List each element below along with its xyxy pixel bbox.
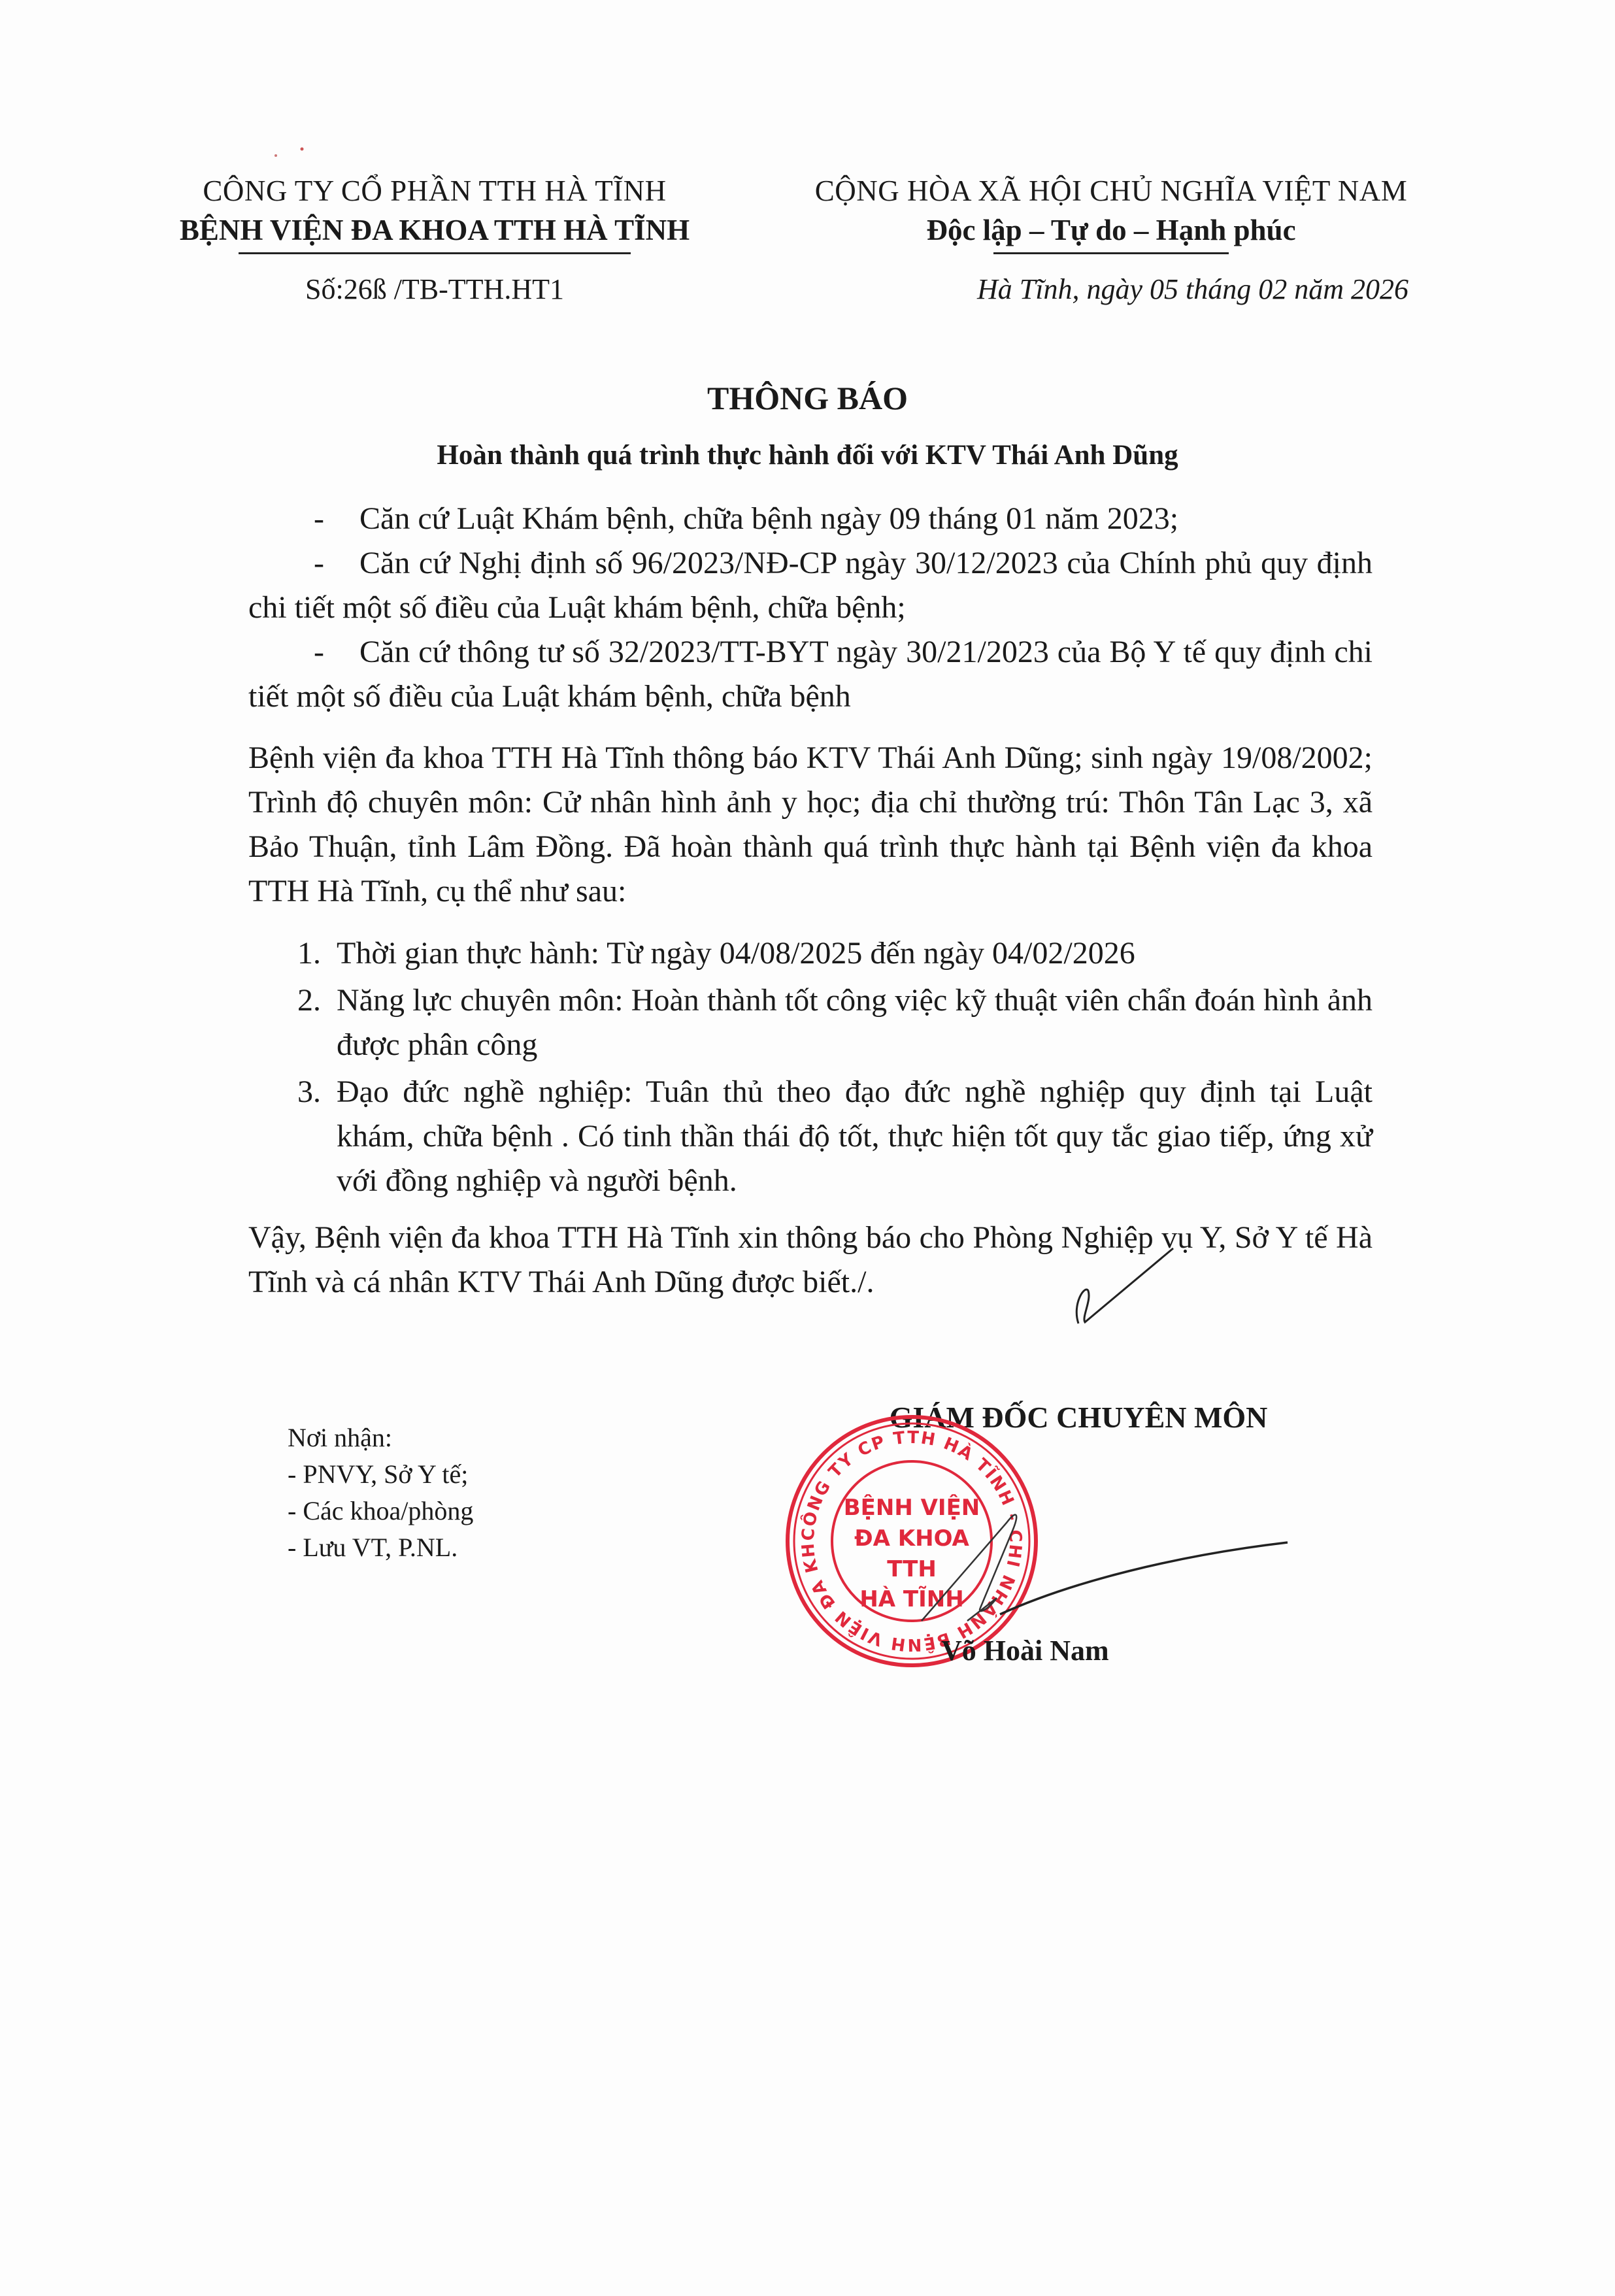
hospital-name: BỆNH VIỆN ĐA KHOA TTH HÀ TĨNH bbox=[131, 210, 739, 250]
details-list: 1.Thời gian thực hành: Từ ngày 04/08/202… bbox=[297, 931, 1373, 1206]
recipient-item: - PNVY, Sở Y tế; bbox=[288, 1456, 473, 1493]
company-name: CÔNG TY CỔ PHẦN TTH HÀ TĨNH bbox=[131, 171, 739, 210]
national-header: CỘNG HÒA XÃ HỘI CHỦ NGHĨA VIỆT NAM Độc l… bbox=[752, 171, 1471, 306]
national-motto: Độc lập – Tự do – Hạnh phúc bbox=[752, 210, 1471, 250]
detail-item: 1.Thời gian thực hành: Từ ngày 04/08/202… bbox=[297, 931, 1373, 976]
document-page: CÔNG TY CỔ PHẦN TTH HÀ TĨNH BỆNH VIỆN ĐA… bbox=[0, 0, 1615, 2296]
recipients-block: Nơi nhận: - PNVY, Sở Y tế; - Các khoa/ph… bbox=[288, 1420, 473, 1566]
document-title: THÔNG BÁO bbox=[0, 379, 1615, 417]
legal-basis-item: -Căn cứ Luật Khám bệnh, chữa bệnh ngày 0… bbox=[248, 497, 1373, 541]
handwritten-signature bbox=[902, 1484, 1294, 1640]
closing-paragraph: Vậy, Bệnh viện đa khoa TTH Hà Tĩnh xin t… bbox=[248, 1216, 1373, 1305]
detail-item: 3.Đạo đức nghề nghiệp: Tuân thủ theo đạo… bbox=[297, 1070, 1373, 1203]
legal-basis-item: -Căn cứ Nghị định số 96/2023/NĐ-CP ngày … bbox=[248, 541, 1373, 630]
signer-name: Võ Hoài Nam bbox=[941, 1634, 1109, 1667]
recipient-item: - Lưu VT, P.NL. bbox=[288, 1529, 473, 1566]
initials-paraph-icon bbox=[1065, 1245, 1183, 1330]
motto-underline bbox=[993, 252, 1229, 254]
intro-paragraph: Bệnh viện đa khoa TTH Hà Tĩnh thông báo … bbox=[248, 736, 1373, 914]
nation-name: CỘNG HÒA XÃ HỘI CHỦ NGHĨA VIỆT NAM bbox=[752, 171, 1471, 210]
legal-basis-item: -Căn cứ thông tư số 32/2023/TT-BYT ngày … bbox=[248, 630, 1373, 719]
recipients-label: Nơi nhận: bbox=[288, 1420, 473, 1456]
document-number: Số:26ß /TB-TTH.HT1 bbox=[131, 273, 739, 306]
detail-item: 2.Năng lực chuyên môn: Hoàn thành tốt cô… bbox=[297, 978, 1373, 1067]
issuer-header: CÔNG TY CỔ PHẦN TTH HÀ TĨNH BỆNH VIỆN ĐA… bbox=[131, 171, 739, 306]
scan-artifact bbox=[261, 144, 314, 163]
header-underline bbox=[239, 252, 631, 254]
place-date: Hà Tĩnh, ngày 05 tháng 02 năm 2026 bbox=[752, 273, 1471, 306]
document-subtitle: Hoàn thành quá trình thực hành đối với K… bbox=[0, 439, 1615, 471]
legal-basis-list: -Căn cứ Luật Khám bệnh, chữa bệnh ngày 0… bbox=[248, 497, 1373, 719]
recipient-item: - Các khoa/phòng bbox=[288, 1493, 473, 1529]
